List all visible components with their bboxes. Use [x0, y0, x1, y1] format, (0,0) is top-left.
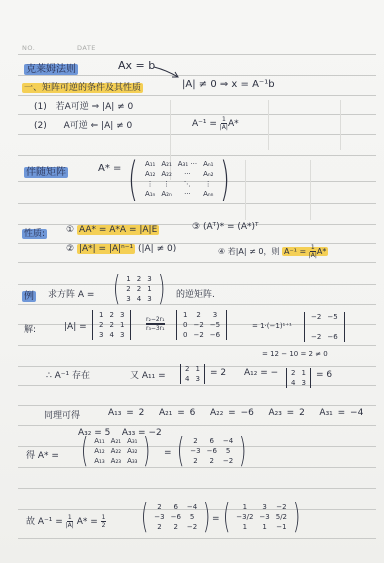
- ruled-line: [18, 405, 376, 406]
- cofactor-expansion: = 1·(−1)¹⁺¹: [252, 322, 292, 330]
- ruled-line: [18, 538, 376, 539]
- item1: (1) 若A可逆 ⇒ |A| ≠ 0: [34, 99, 133, 112]
- row-operations: r₂−2r₁ r₃−3r₁: [146, 316, 165, 332]
- inverse-exists: ∴ A⁻¹ 存在: [46, 368, 90, 381]
- similarly-label: 同理可得: [44, 408, 80, 421]
- property-2: ② |A*| = |A|ⁿ⁻¹ (|A| ≠ 0): [66, 244, 176, 254]
- adj-numeric-scaled: ( 26−4 −3−65 22−2 ): [138, 500, 214, 534]
- no-label: NO.: [22, 44, 35, 52]
- ruled-line: [18, 425, 376, 426]
- adj-numeric: ( 26−4 −3−65 22−2 ): [174, 434, 250, 468]
- a12-value: = 6: [316, 370, 332, 380]
- det-reduced: 123 0−2−5 0−2−6: [176, 310, 227, 340]
- example-label: 例: [22, 287, 36, 302]
- adjugate-lhs: A* =: [98, 163, 121, 174]
- cramer-title: 克莱姆法则: [24, 60, 78, 75]
- a11-label: 又 A₁₁ =: [130, 368, 166, 381]
- adj-symbolic: ( A₁₁A₂₁A₃₁ A₁₂A₂₂A₃₂ A₁₃A₂₃A₃₃ ): [78, 434, 154, 468]
- solution-label: 解:: [24, 322, 36, 335]
- cramer-equation: Ax = b: [118, 59, 155, 72]
- example-prompt-tail: 的逆矩阵.: [176, 287, 215, 300]
- ruled-line: [18, 345, 376, 346]
- ruled-line: [18, 488, 376, 489]
- ruled-line: [18, 134, 376, 135]
- adjugate-title: 伴随矩阵: [24, 163, 68, 178]
- date-label: DATE: [77, 44, 96, 52]
- det-result: = 12 − 10 = 2 ≠ 0: [262, 350, 328, 358]
- arrow-icon: [152, 64, 182, 80]
- property-4: ④ 若|A| ≠ 0，则 A⁻¹ = 1|A|A*: [218, 244, 328, 259]
- a12-det: 21 43: [286, 368, 311, 388]
- det-minor: −2−5 −2−6: [304, 312, 345, 342]
- invertible-title: 一、矩阵可逆的条件及其性质: [22, 80, 143, 93]
- adjugate-matrix: ( A₁₁A₂₁A₃₁ ···Aₙ₁ A₁₂A₂₂···Aₙ₂ ⋮⋮⋱⋮ A₁ₙ…: [124, 156, 234, 202]
- ruled-line: [18, 203, 376, 204]
- property-3: ③ (Aᵀ)* = (A*)ᵀ: [192, 222, 259, 232]
- ruled-line: [18, 304, 376, 305]
- bleed-through-mark: [340, 100, 341, 150]
- property-1: ① AA* = A*A = |A|E: [66, 225, 159, 235]
- page-header: NO. DATE: [22, 44, 35, 52]
- bleed-through-mark: [245, 160, 246, 220]
- ruled-line: [18, 114, 376, 115]
- det-a-label: |A| =: [64, 322, 87, 332]
- ruled-line: [18, 262, 376, 263]
- bleed-through-mark: [310, 160, 311, 220]
- a11-det: 21 43: [180, 364, 205, 384]
- ruled-line: [18, 284, 376, 285]
- example-prompt: 求方阵 A =: [48, 287, 94, 300]
- properties-title: 性质:: [22, 226, 47, 239]
- ruled-line: [18, 385, 376, 386]
- inverse-matrix: ( 13−2 −3/2−35/2 11−1 ): [220, 500, 303, 534]
- matrix-a: ( 123 221 343 ): [110, 272, 168, 306]
- a11-value: = 2: [210, 368, 226, 378]
- inverse-formula: A⁻¹ = 1|A|A*: [192, 116, 239, 131]
- adj-get-label: 得 A* =: [26, 448, 59, 461]
- ruled-line: [18, 95, 376, 96]
- notebook-page: NO. DATE 克莱姆法则 Ax = b |A| ≠ 0 ⇒ x = A⁻¹b…: [0, 0, 384, 563]
- inverse-label: 故 A⁻¹ = 1|A| A* = 12: [26, 514, 106, 529]
- equals-sign: =: [164, 448, 172, 458]
- bleed-through-mark: [268, 100, 269, 150]
- ruled-line: [18, 54, 376, 55]
- ruled-line: [18, 75, 376, 76]
- cofactors-line-1: A₁₃ = 2 A₂₁ = 6 A₂₂ = −6 A₂₃ = 2 A₃₁ = −…: [108, 408, 363, 418]
- a12-label: A₁₂ = −: [244, 368, 278, 378]
- det-original: 123 221 343: [92, 310, 131, 340]
- equals-sign: =: [212, 514, 220, 524]
- cramer-result: |A| ≠ 0 ⇒ x = A⁻¹b: [182, 79, 275, 90]
- item2: (2) A可逆 ⇐ |A| ≠ 0: [34, 118, 132, 131]
